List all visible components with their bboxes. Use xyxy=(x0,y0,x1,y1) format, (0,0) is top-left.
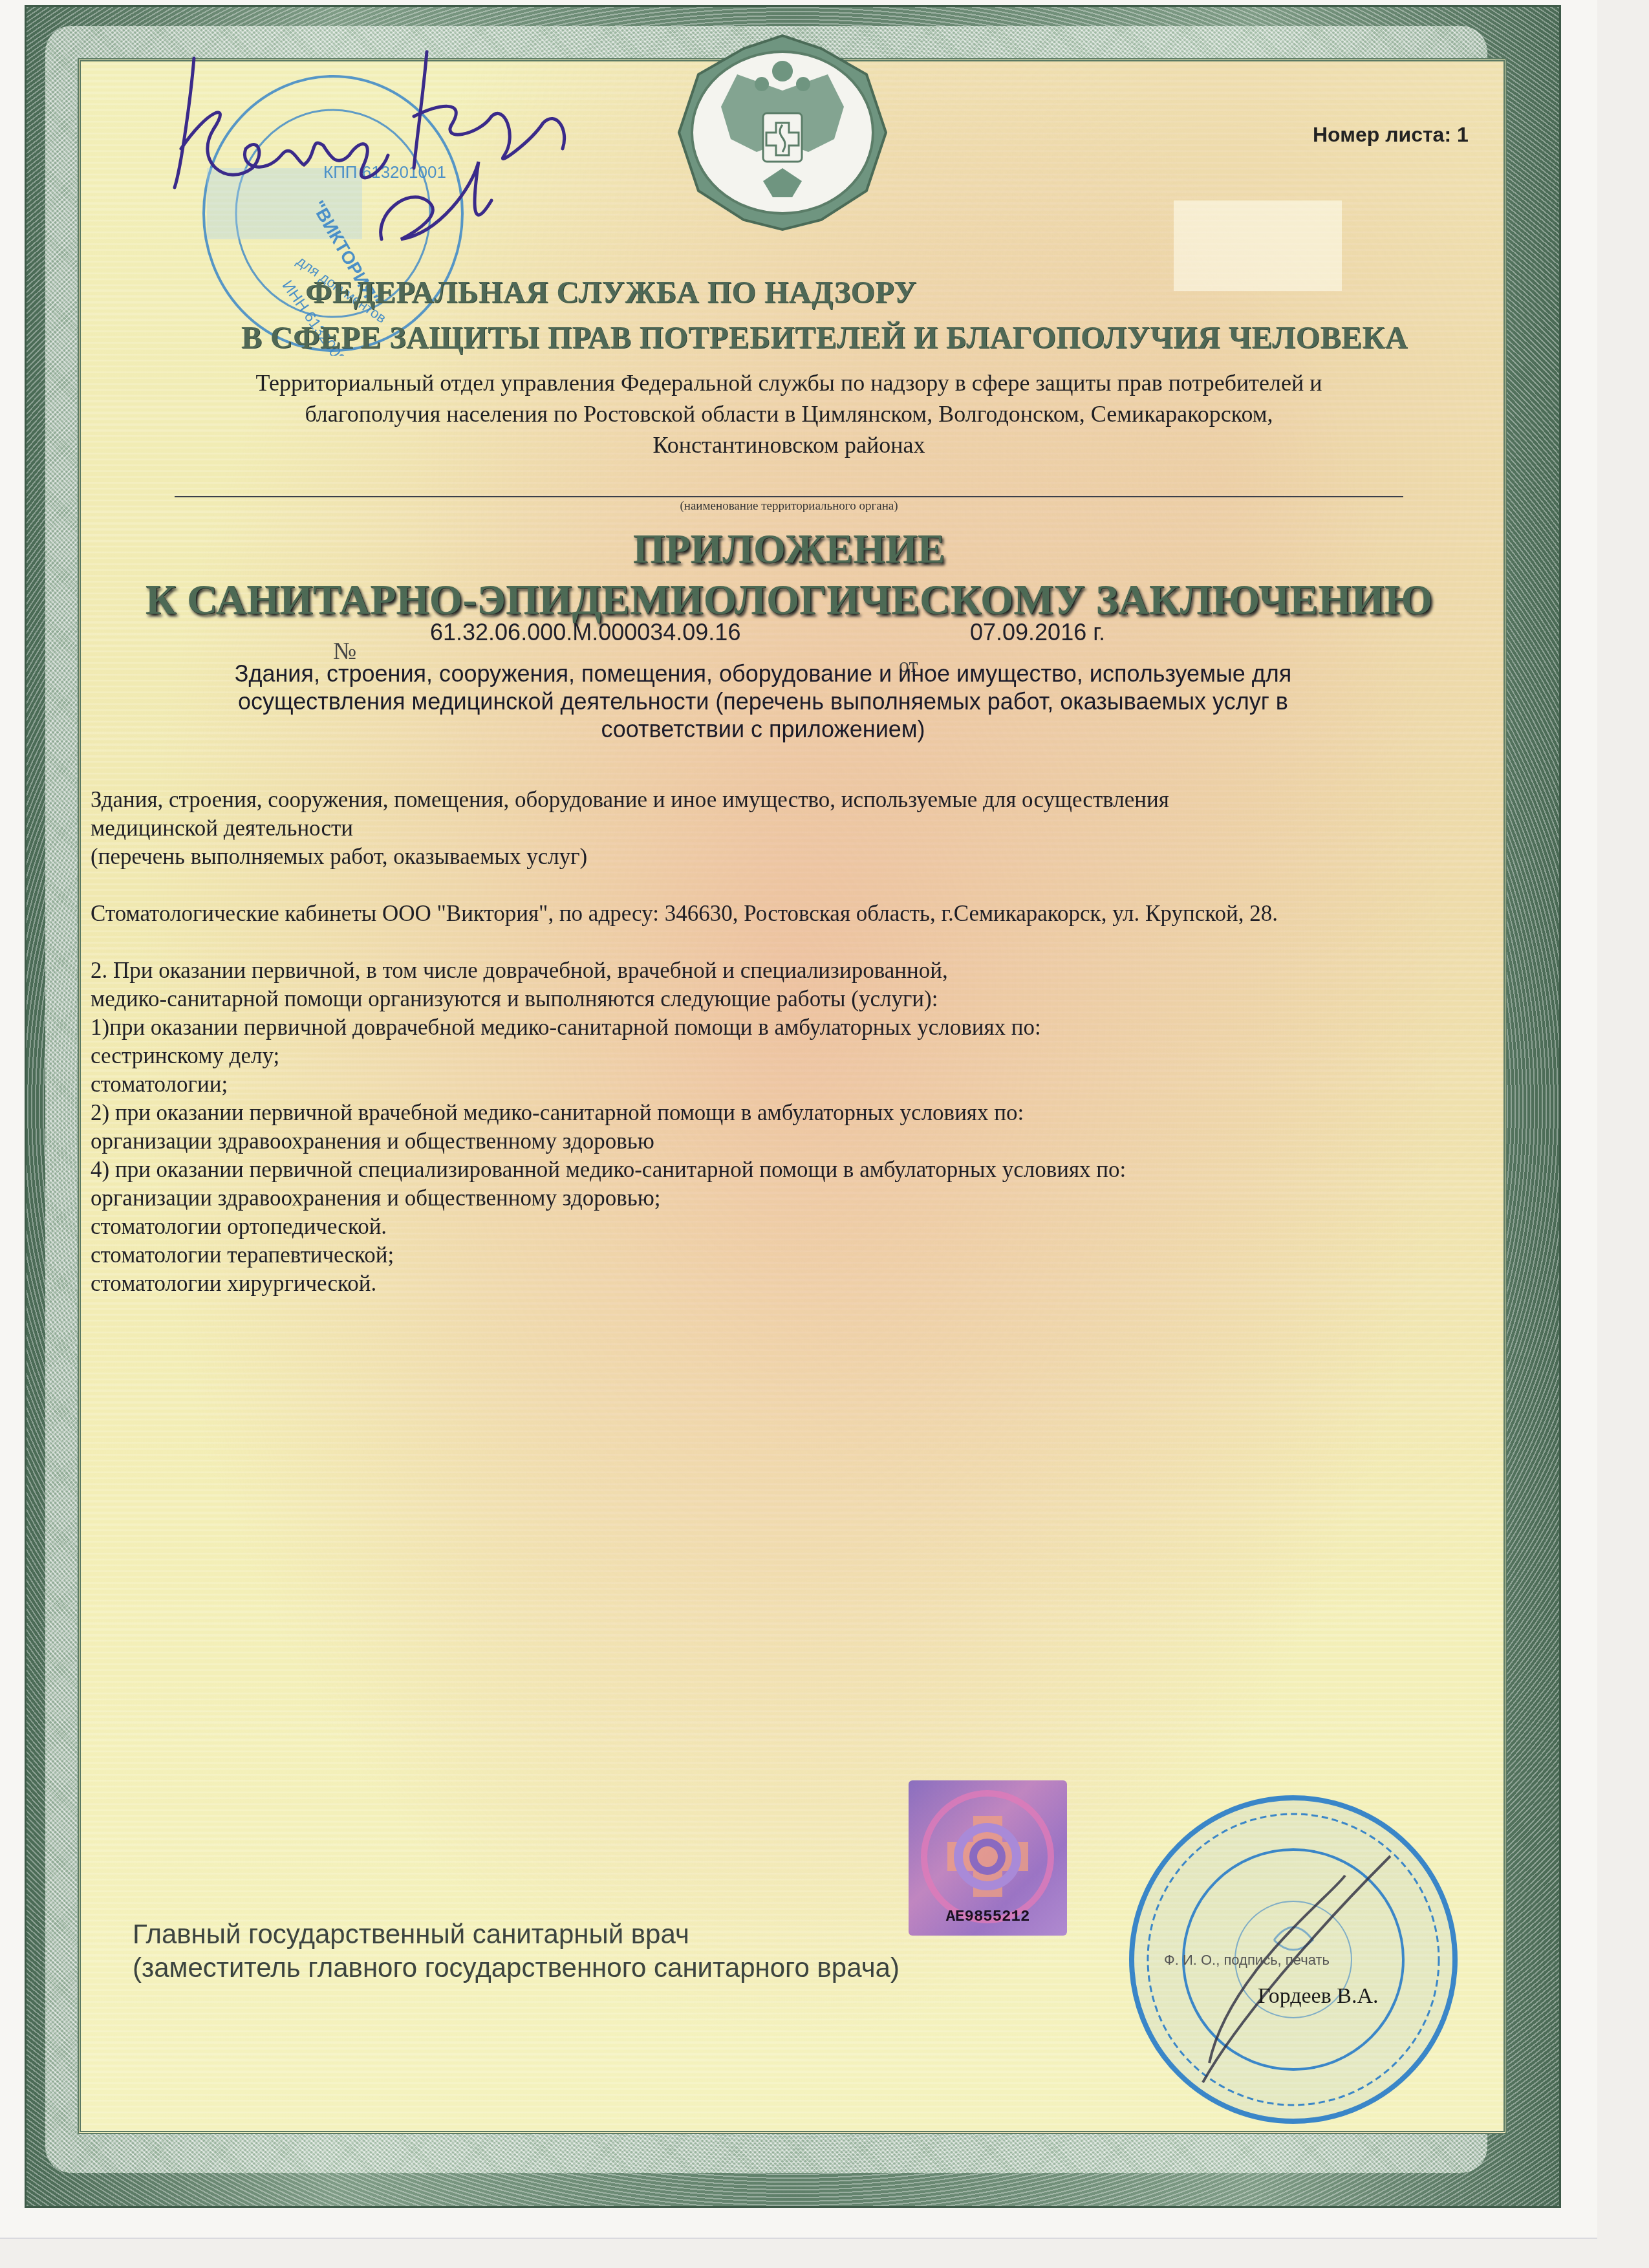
fio-signature-caption: Ф. И. О., подпись, печать xyxy=(1164,1952,1330,1969)
services-line: медико-санитарной помощи организуются и … xyxy=(91,985,1513,1013)
territorial-department: Территориальный отдел управления Федерал… xyxy=(142,367,1436,460)
services-line: 2. При оказании первичной, в том числе д… xyxy=(91,956,1513,985)
double-headed-eagle-emblem-icon xyxy=(660,29,905,236)
services-line: стоматологии ортопедической. xyxy=(91,1213,1513,1241)
territorial-line: благополучия населения по Ростовской обл… xyxy=(142,398,1436,429)
territorial-line: Территориальный отдел управления Федерал… xyxy=(142,367,1436,398)
subject-line: Здания, строения, сооружения, помещения,… xyxy=(149,660,1377,687)
hologram-serial: AE9855212 xyxy=(909,1908,1067,1926)
signatory-title-line: Главный государственный санитарный врач xyxy=(133,1917,900,1951)
services-line: организации здравоохранения и общественн… xyxy=(91,1127,1513,1156)
territorial-underline xyxy=(175,496,1403,497)
services-line: стоматологии терапевтической; xyxy=(91,1241,1513,1269)
services-line: 2) при оказании первичной врачебной меди… xyxy=(91,1099,1513,1127)
document-body: Здания, строения, сооружения, помещения,… xyxy=(91,786,1513,1298)
agency-name-line-2: В СФЕРЕ ЗАЩИТЫ ПРАВ ПОТРЕБИТЕЛЕЙ И БЛАГО… xyxy=(223,320,1426,356)
document-subtitle: К САНИТАРНО-ЭПИДЕМИОЛОГИЧЕСКОМУ ЗАКЛЮЧЕН… xyxy=(78,576,1500,625)
subject-line: соответствии с приложением) xyxy=(149,715,1377,743)
handwritten-certification-note xyxy=(168,39,647,259)
services-line: 4) при оказании первичной специализирова… xyxy=(91,1156,1513,1184)
subject-line: осуществления медицинской деятельности (… xyxy=(149,687,1377,715)
territorial-caption: (наименование территориального органа) xyxy=(175,499,1403,513)
territorial-line: Константиновском районах xyxy=(142,429,1436,460)
hologram-sticker: AE9855212 xyxy=(909,1780,1067,1936)
intro-line: медицинской деятельности xyxy=(91,814,1513,843)
intro-line: Здания, строения, сооружения, помещения,… xyxy=(91,786,1513,814)
signer-name: Гордеев В.А. xyxy=(1258,1984,1379,2009)
services-line: стоматологии хирургической. xyxy=(91,1269,1513,1298)
document-title: ПРИЛОЖЕНИЕ xyxy=(78,525,1500,573)
services-line: стоматологии; xyxy=(91,1070,1513,1099)
subject-description: Здания, строения, сооружения, помещения,… xyxy=(149,660,1377,743)
agency-name-line-1: ФЕДЕРАЛЬНАЯ СЛУЖБА ПО НАДЗОРУ xyxy=(158,275,1064,310)
signatory-title: Главный государственный санитарный врач … xyxy=(133,1917,900,1985)
registration-date: 07.09.2016 г. xyxy=(970,619,1105,646)
signatory-title-line: (заместитель главного государственного с… xyxy=(133,1951,900,1985)
document-sheet: Номер листа: 1 КПП 613201001 "ВИКТОРИЯ" … xyxy=(0,0,1597,2239)
security-window xyxy=(1174,200,1342,291)
services-line: организации здравоохранения и общественн… xyxy=(91,1184,1513,1213)
facility-address: Стоматологические кабинеты ООО "Виктория… xyxy=(91,900,1513,928)
intro-line: (перечень выполняемых работ, оказываемых… xyxy=(91,843,1513,871)
services-line: 1)при оказании первичной доврачебной мед… xyxy=(91,1013,1513,1042)
services-line: сестринскому делу; xyxy=(91,1042,1513,1070)
registration-number: 61.32.06.000.М.000034.09.16 xyxy=(430,619,740,646)
sheet-number: Номер листа: 1 xyxy=(1313,123,1469,147)
